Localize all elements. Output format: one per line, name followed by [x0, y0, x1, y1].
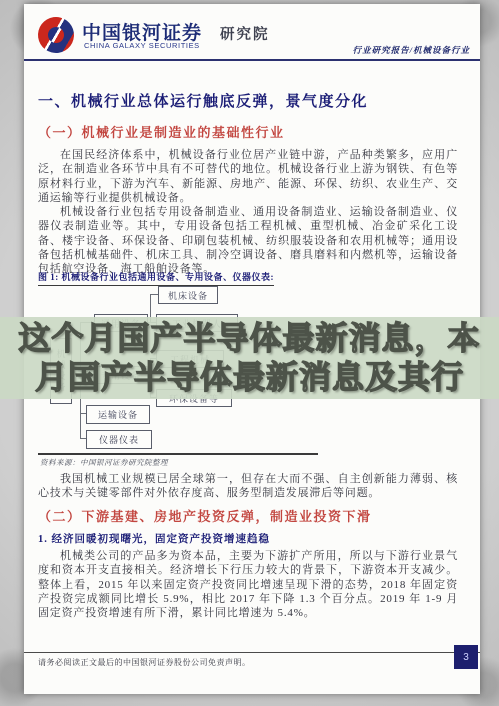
- banner-text-line-2: 月国产半导体最新消息及其行: [35, 358, 464, 397]
- brand-name-en: CHINA GALAXY SECURITIES: [84, 41, 200, 50]
- news-overlay-banner: 这个月国产半导体最新消息，本 月国产半导体最新消息及其行: [0, 317, 499, 399]
- footer-divider: [24, 652, 480, 653]
- body-paragraph-4: 机械类公司的产品多为资本品，主要为下游扩产所用，所以与下游行业景气度和资本开支直…: [38, 549, 458, 620]
- connector-line: [150, 294, 158, 295]
- body-paragraph-2: 机械设备行业包括专用设备制造业、通用设备制造业、运输设备制造业、仪器仪表制造业等…: [38, 205, 458, 276]
- body-paragraph-3: 我国机械工业规模已居全球第一，但存在大而不强、自主创新能力薄弱、核心技术与关键零…: [38, 472, 458, 501]
- org-node-instruments: 仪器仪表: [86, 430, 152, 449]
- galaxy-securities-logo-icon: [36, 15, 77, 56]
- body-paragraph-1: 在国民经济体系中，机械设备行业位居产业链中游，产品种类繁多，应用广泛，在制造业各…: [38, 148, 458, 205]
- research-institute-label: 研究院: [220, 23, 270, 44]
- header-divider: [24, 59, 480, 61]
- subsection-title-1: （一）机械行业是制造业的基础性行业: [38, 122, 468, 141]
- figure-bottom-rule: [38, 453, 318, 455]
- report-type-label: 行业研究报告/机械设备行业: [353, 44, 470, 56]
- org-node-machine-tools: 机床设备: [158, 286, 218, 304]
- subsection-title-2: （二）下游基建、房地产投资反弹，制造业投资下滑: [38, 506, 468, 525]
- footer-disclaimer: 请务必阅读正文最后的中国银河证券股份公司免责声明。: [38, 657, 251, 668]
- page-number-badge: 3: [454, 645, 478, 669]
- org-node-transport-equipment: 运输设备: [86, 405, 150, 424]
- subsection-point-1: 1. 经济回暖初现曙光，固定资产投资增速趋稳: [38, 531, 468, 546]
- report-page-screenshot: { "header": { "brand_cn": "中国银河证券", "bra…: [0, 0, 499, 706]
- figure-source: 资料来源：中国银河证券研究院整理: [40, 457, 168, 468]
- banner-text-line-1: 这个月国产半导体最新消息，本: [18, 319, 480, 358]
- section-title: 一、机械行业总体运行触底反弹，景气度分化: [38, 90, 468, 111]
